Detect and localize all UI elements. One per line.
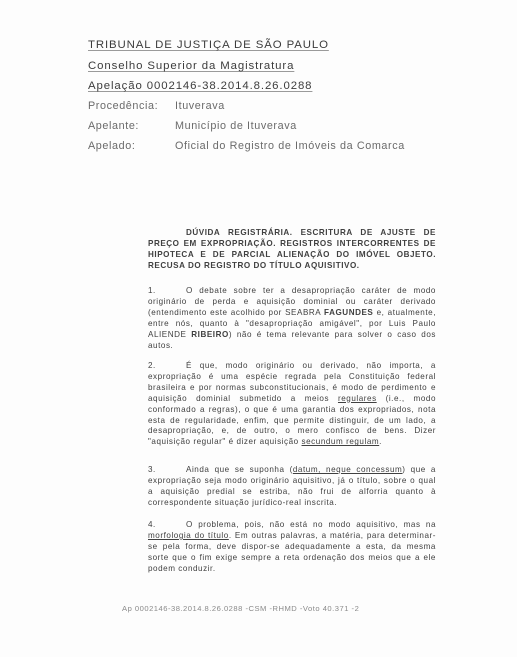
- ementa-text: DÚVIDA REGISTRÁRIA. ESCRITURA DE AJUSTE …: [148, 228, 436, 270]
- paragraph-number: 2.: [148, 361, 186, 372]
- case-number: Apelação 0002146-38.2014.8.26.0288: [88, 80, 312, 92]
- page-footer: Ap 0002146-38.2014.8.26.0288 -CSM -RHMD …: [122, 604, 359, 613]
- paragraph-4: 4.O problema, pois, não está no modo aqu…: [148, 520, 436, 575]
- party-row-apelante: Apelante:Município de Ituverava: [88, 120, 297, 132]
- underlined-term: morfologia do título: [148, 531, 229, 540]
- underlined-term: datum, neque concessum: [293, 465, 402, 474]
- party-label: Apelado:: [88, 140, 175, 152]
- bold-name: FAGUNDES: [324, 308, 373, 317]
- council-title: Conselho Superior da Magistratura: [88, 60, 294, 72]
- court-title: TRIBUNAL DE JUSTIÇA DE SÃO PAULO: [88, 39, 329, 51]
- paragraph-number: 3.: [148, 465, 186, 476]
- paragraph-number: 4.: [148, 520, 186, 531]
- underlined-term: regulares: [338, 394, 377, 403]
- paragraph-1: 1.O debate sobre ter a desapropriação ca…: [148, 286, 436, 351]
- paragraph-text: .: [379, 437, 382, 446]
- paragraph-number: 1.: [148, 286, 186, 297]
- party-value: Oficial do Registro de Imóveis da Comarc…: [175, 140, 405, 152]
- party-value: Ituverava: [175, 100, 225, 112]
- bold-name: RIBEIRO: [191, 330, 229, 339]
- party-row-procedencia: Procedência:Ituverava: [88, 100, 225, 112]
- paragraph-2: 2.É que, modo originário ou derivado, nã…: [148, 361, 436, 448]
- party-row-apelado: Apelado:Oficial do Registro de Imóveis d…: [88, 140, 405, 152]
- paragraph-text: O problema, pois, não está no modo aquis…: [186, 520, 436, 529]
- document-page: TRIBUNAL DE JUSTIÇA DE SÃO PAULO Conselh…: [0, 0, 517, 657]
- paragraph-text: Ainda que se suponha (: [186, 465, 293, 474]
- party-label: Apelante:: [88, 120, 175, 132]
- ementa: DÚVIDA REGISTRÁRIA. ESCRITURA DE AJUSTE …: [148, 228, 436, 272]
- party-value: Município de Ituverava: [175, 120, 297, 132]
- paragraph-3: 3.Ainda que se suponha (datum, neque con…: [148, 465, 436, 509]
- party-label: Procedência:: [88, 100, 175, 112]
- underlined-term: secundum regulam: [302, 437, 380, 446]
